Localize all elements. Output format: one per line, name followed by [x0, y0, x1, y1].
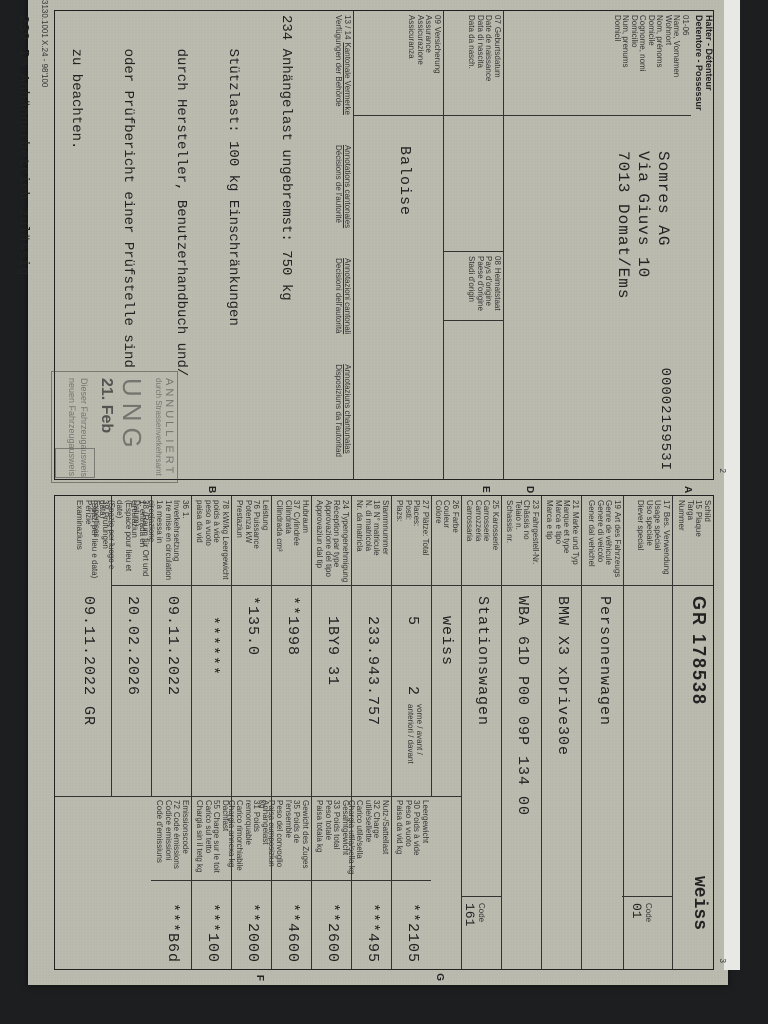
first-registration-date: 09.11.2022 [164, 596, 181, 696]
towing-capacity: **2000 [244, 903, 261, 963]
power-value: *135.0 [244, 596, 261, 656]
holder-name: Somres AG [653, 151, 673, 299]
paper-edge [724, 0, 740, 970]
insurance-row: 09Versicherung Assurance Assicurazione A… [353, 11, 443, 479]
remarks-section: 13 / 14Kantonale VermerkeVerfügungen der… [55, 11, 353, 479]
origin-label: 08Heimatstaat Pays d'origine Paese d'ori… [444, 251, 503, 321]
train-weight: **4600 [284, 903, 301, 963]
power-weight-row: 78kW/kg Leergewicht poids à vide peso a … [191, 496, 231, 796]
plate-code: Code 01 [622, 896, 672, 970]
usage-row: 17Bes. Verwendung Usage spécial Uso spec… [672, 496, 673, 969]
seats-front: 2 [404, 686, 421, 696]
weights-column: Leergewicht 30Poids à vide Peso a vuoto … [131, 796, 431, 969]
body-code: Code 161 [462, 896, 501, 970]
page-number-3: 3 [718, 959, 727, 963]
vehicle-page: 3 A D E B G F Schild 15Plaque Targa Numm… [54, 495, 714, 970]
first-registration-row: 361. Inverkehrsetzung 1re mise en circul… [151, 496, 191, 796]
birthdate-label: 07Geburtsdatum Date de naissance Data di… [444, 11, 503, 116]
remarks-headers: 13 / 14Kantonale VermerkeVerfügungen der… [334, 15, 351, 457]
inspection-date: 09.11.2022 GR [80, 596, 97, 726]
body-row: 25Karosserie Carrosserie Carrozzeria Car… [461, 496, 501, 969]
section-b: B [206, 486, 217, 493]
color-row: 26Farbe Couleur Colore weiss [431, 496, 461, 796]
vehicle-type-row: 19Art des Fahrzeugs Genre de véhicule Ge… [581, 496, 623, 969]
document-serial-number: 0000215953I [657, 368, 673, 471]
plate-number: GR 178538 [688, 596, 709, 706]
seats-total: 5 [404, 616, 421, 626]
section-d: D [524, 486, 535, 493]
section-f: F [254, 975, 265, 981]
annulled-stamp: ANNULLIERT durch Strassenverkehrsamt UNG… [51, 371, 178, 483]
weight-row: Gesamtgewicht 33Poids total Peso totale … [311, 796, 351, 969]
holder-street: Via Giuvs 10 [633, 151, 653, 299]
emission-code: ***B6d [164, 903, 181, 963]
remarks-text: 234 Anhängelast ungebremst: 750 kg Stütz… [0, 15, 329, 376]
plate-row: Schild 15Plaque Targa Nummer GR 178538 w… [623, 496, 713, 969]
chassis-number: WBA 61D P00 09P 134 00 [514, 596, 531, 816]
holder-header: Halter - Détenteur Detentore - Possessur [694, 15, 714, 111]
section-g: G [434, 973, 445, 981]
seats-row: 27Plätze: Total Places: Posti: Plazs: 5 … [391, 496, 431, 796]
vehicle-type: Personenwagen [596, 596, 613, 726]
weight-row: Dachlast 55Charge sur le toit Carico sul… [191, 796, 231, 969]
holder-section: Halter - Détenteur Detentore - Possessur… [503, 11, 713, 479]
weight-row: Emissionscode 72Code émissions Codice em… [151, 796, 191, 969]
displacement-row: Hubraum 37Cylindrée Cilindrata Cilindrad… [271, 496, 311, 796]
payload: ***495 [364, 903, 381, 963]
weight-row: Anhängelast 31Poids remorquable Carico r… [231, 796, 271, 969]
registration-number: 233.943.757 [364, 616, 381, 726]
gross-weight: **2600 [324, 903, 341, 963]
holder-city: 7013 Domat/Ems [613, 151, 633, 299]
weight-row: Leergewicht 30Poids à vide Peso a vuoto … [391, 796, 431, 969]
inspection-row: 39Prüfungen Expertises Perizie Examinazi… [55, 496, 111, 796]
chassis-row: 23Fahrgestell-Nr. Châssis no Telaio n. S… [501, 496, 541, 969]
roof-load: ***100 [204, 903, 221, 963]
holder-name-label: 01-06 Name, Vornamen Wohnort Nom, prénom… [504, 11, 691, 116]
place-date-row: 38(Raum für Ort und Datum) (Espace pour … [111, 496, 151, 796]
section-a: A [682, 486, 693, 493]
plate-color: weiss [689, 876, 709, 930]
empty-weight: **2105 [404, 903, 421, 963]
power-row: Leistung 76Puissance Potenza kW Prestazi… [231, 496, 271, 796]
type-approval-number: 1BY9 31 [324, 616, 341, 686]
issue-date: 20.02.2026 [124, 596, 141, 696]
power-weight-value: ****** [204, 616, 221, 676]
holder-address: Somres AG Via Giuvs 10 7013 Domat/Ems [613, 151, 673, 299]
page-number-2: 2 [718, 469, 727, 473]
body-type: Stationswagen [474, 596, 491, 726]
vehicle-color: weiss [438, 616, 455, 666]
birthdate-row: 07Geburtsdatum Date de naissance Data di… [443, 11, 503, 479]
weight-row: Nutz-/Sattellast 32Charge utile/sellette… [351, 796, 391, 969]
weight-row: Gewicht des Zuges 35Poids de l'ensemble … [271, 796, 311, 969]
section-e: E [480, 486, 491, 493]
vehicle-registration-document: 3130.1001 X.24 - 98'100 2 Halter - Déten… [34, 10, 714, 970]
insurance-label: 09Versicherung Assurance Assicurazione A… [354, 11, 443, 116]
make-row: 21Marke und Typ Marque et type Marca e t… [541, 496, 581, 969]
displacement-value: **1998 [284, 596, 301, 656]
registration-number-row: Stammnummer 18N° matricule N. di matrico… [351, 496, 391, 796]
canton-coat-of-arms-icon [55, 448, 95, 478]
make-and-model: BMW X3 xDrive30e [554, 596, 571, 756]
holder-page: 2 Halter - Détenteur Detentore - Possess… [54, 10, 714, 480]
type-approval-row: 24Typengenehmigung Réception par type Ap… [311, 496, 351, 796]
vehicle-details-column: 26Farbe Couleur Colore weiss 27Plätze: T… [55, 496, 461, 797]
insurance-value: Baloise [396, 146, 413, 216]
